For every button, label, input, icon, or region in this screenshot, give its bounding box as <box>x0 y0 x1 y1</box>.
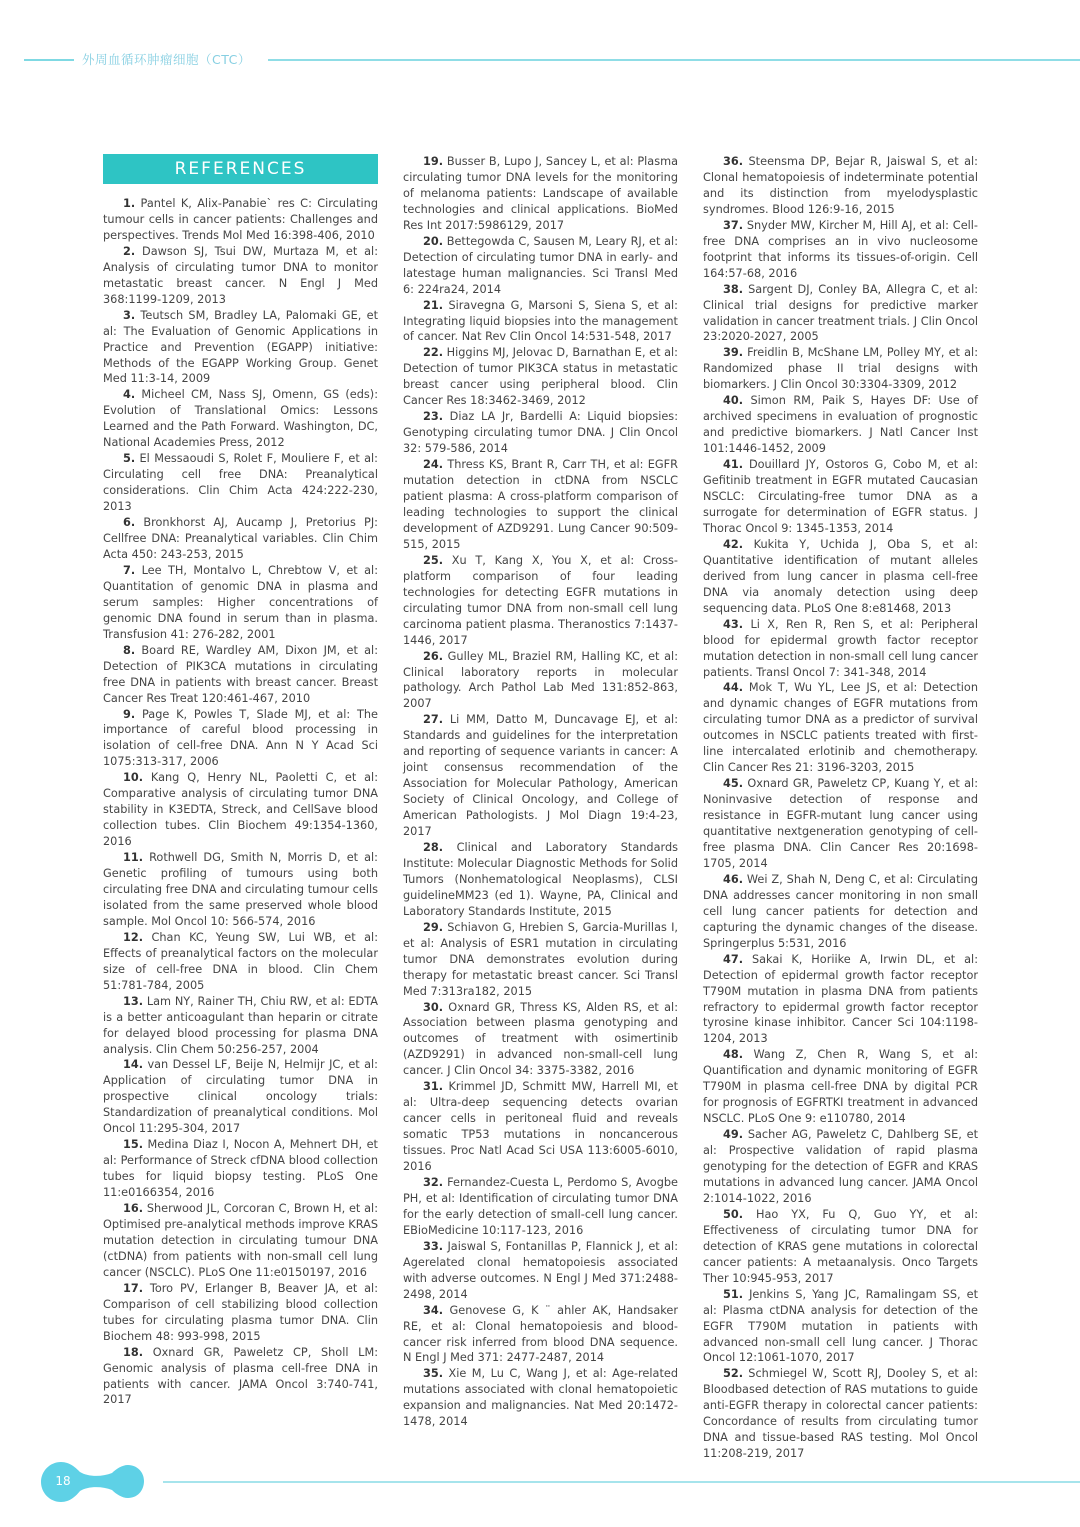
reference-item: 29. Schiavon G, Hrebien S, Garcia-Murill… <box>403 920 678 1000</box>
reference-text: Medina Diaz I, Nocon A, Mehnert DH, et a… <box>103 1138 378 1199</box>
reference-text: Rothwell DG, Smith N, Morris D, et al: G… <box>103 851 378 928</box>
reference-item: 46. Wei Z, Shah N, Deng C, et al: Circul… <box>703 872 978 952</box>
reference-number: 37. <box>723 219 743 232</box>
reference-text: Bettegowda C, Sausen M, Leary RJ, et al:… <box>403 235 678 296</box>
reference-text: Steensma DP, Bejar R, Jaiswal S, et al: … <box>703 155 978 216</box>
reference-item: 28. Clinical and Laboratory Standards In… <box>403 840 678 920</box>
reference-item: 51. Jenkins S, Yang JC, Ramalingam SS, e… <box>703 1287 978 1367</box>
reference-number: 35. <box>423 1367 443 1380</box>
reference-number: 10. <box>123 771 143 784</box>
reference-number: 19. <box>423 155 443 168</box>
reference-number: 52. <box>723 1367 743 1380</box>
reference-item: 2. Dawson SJ, Tsui DW, Murtaza M, et al:… <box>103 244 378 308</box>
reference-number: 34. <box>423 1304 443 1317</box>
reference-text: Kukita Y, Uchida J, Oba S, et al: Quanti… <box>703 538 978 615</box>
reference-number: 43. <box>723 618 743 631</box>
reference-item: 9. Page K, Powles T, Slade MJ, et al: Th… <box>103 707 378 771</box>
reference-item: 15. Medina Diaz I, Nocon A, Mehnert DH, … <box>103 1137 378 1201</box>
reference-item: 8. Board RE, Wardley AM, Dixon JM, et al… <box>103 643 378 707</box>
page-footer: 18 <box>0 1462 1080 1502</box>
reference-text: Simon RM, Paik S, Hayes DF: Use of archi… <box>703 394 978 455</box>
reference-item: 13. Lam NY, Rainer TH, Chiu RW, et al: E… <box>103 994 378 1058</box>
reference-text: Kang Q, Henry NL, Paoletti C, et al: Com… <box>103 771 378 848</box>
reference-item: 43. Li X, Ren R, Ren S, et al: Periphera… <box>703 617 978 681</box>
reference-number: 4. <box>123 388 135 401</box>
column-1: REFERENCES 1. Pantel K, Alix-Panabie` re… <box>103 154 378 1408</box>
reference-item: 27. Li MM, Datto M, Duncavage EJ, et al:… <box>403 712 678 840</box>
reference-text: Wei Z, Shah N, Deng C, et al: Circulatin… <box>703 873 978 950</box>
reference-text: Genovese G, K ¨ ahler AK, Handsaker RE, … <box>403 1304 678 1365</box>
reference-number: 1. <box>123 197 135 210</box>
reference-text: Sacher AG, Paweletz C, Dahlberg SE, et a… <box>703 1128 978 1205</box>
reference-item: 40. Simon RM, Paik S, Hayes DF: Use of a… <box>703 393 978 457</box>
reference-item: 22. Higgins MJ, Jelovac D, Barnathan E, … <box>403 345 678 409</box>
reference-number: 12. <box>123 931 143 944</box>
reference-text: Snyder MW, Kircher M, Hill AJ, et al: Ce… <box>703 219 978 280</box>
reference-item: 23. Diaz LA Jr, Bardelli A: Liquid biops… <box>403 409 678 457</box>
reference-number: 25. <box>423 554 443 567</box>
reference-text: Pantel K, Alix-Panabie` res C: Circulati… <box>103 197 378 242</box>
reference-text: van Dessel LF, Beije N, Helmijr JC, et a… <box>103 1058 378 1135</box>
reference-item: 1. Pantel K, Alix-Panabie` res C: Circul… <box>103 196 378 244</box>
reference-number: 6. <box>123 516 135 529</box>
reference-text: Thress KS, Brant R, Carr TH, et al: EGFR… <box>403 458 678 551</box>
reference-number: 3. <box>123 309 135 322</box>
reference-text: Dawson SJ, Tsui DW, Murtaza M, et al: An… <box>103 245 378 306</box>
reference-text: Siravegna G, Marsoni S, Siena S, et al: … <box>403 299 678 344</box>
reference-item: 50. Hao YX, Fu Q, Guo YY, et al: Effecti… <box>703 1207 978 1287</box>
reference-text: Board RE, Wardley AM, Dixon JM, et al: D… <box>103 644 378 705</box>
reference-number: 20. <box>423 235 443 248</box>
reference-text: Bronkhorst AJ, Aucamp J, Pretorius PJ: C… <box>103 516 378 561</box>
reference-number: 16. <box>123 1202 143 1215</box>
reference-number: 13. <box>123 995 143 1008</box>
reference-text: Busser B, Lupo J, Sancey L, et al: Plasm… <box>403 155 678 232</box>
reference-item: 38. Sargent DJ, Conley BA, Allegra C, et… <box>703 282 978 346</box>
reference-number: 47. <box>723 953 743 966</box>
reference-item: 21. Siravegna G, Marsoni S, Siena S, et … <box>403 298 678 346</box>
reference-item: 52. Schmiegel W, Scott RJ, Dooley S, et … <box>703 1366 978 1462</box>
reference-item: 26. Gulley ML, Braziel RM, Halling KC, e… <box>403 649 678 713</box>
reference-number: 9. <box>123 708 135 721</box>
reference-item: 36. Steensma DP, Bejar R, Jaiswal S, et … <box>703 154 978 218</box>
reference-item: 19. Busser B, Lupo J, Sancey L, et al: P… <box>403 154 678 234</box>
reference-text: Gulley ML, Braziel RM, Halling KC, et al… <box>403 650 678 711</box>
reference-text: Hao YX, Fu Q, Guo YY, et al: Effectivene… <box>703 1208 978 1285</box>
reference-item: 16. Sherwood JL, Corcoran C, Brown H, et… <box>103 1201 378 1281</box>
reference-number: 41. <box>723 458 743 471</box>
reference-number: 14. <box>123 1058 143 1071</box>
reference-number: 26. <box>423 650 443 663</box>
reference-number: 11. <box>123 851 143 864</box>
reference-text: Clinical and Laboratory Standards Instit… <box>403 841 678 918</box>
reference-item: 20. Bettegowda C, Sausen M, Leary RJ, et… <box>403 234 678 298</box>
reference-text: Teutsch SM, Bradley LA, Palomaki GE, et … <box>103 309 378 386</box>
reference-number: 38. <box>723 283 743 296</box>
reference-text: Sherwood JL, Corcoran C, Brown H, et al:… <box>103 1202 378 1279</box>
reference-text: Oxnard GR, Paweletz CP, Sholl LM: Genomi… <box>103 1346 378 1407</box>
reference-item: 33. Jaiswal S, Fontanillas P, Flannick J… <box>403 1239 678 1303</box>
reference-item: 47. Sakai K, Horiike A, Irwin DL, et al:… <box>703 952 978 1048</box>
reference-item: 49. Sacher AG, Paweletz C, Dahlberg SE, … <box>703 1127 978 1207</box>
reference-item: 4. Micheel CM, Nass SJ, Omenn, GS (eds):… <box>103 387 378 451</box>
reference-text: Lam NY, Rainer TH, Chiu RW, et al: EDTA … <box>103 995 378 1056</box>
reference-number: 50. <box>723 1208 743 1221</box>
reference-item: 30. Oxnard GR, Thress KS, Alden RS, et a… <box>403 1000 678 1080</box>
reference-text: Freidlin B, McShane LM, Polley MY, et al… <box>703 346 978 391</box>
reference-item: 41. Douillard JY, Ostoros G, Cobo M, et … <box>703 457 978 537</box>
reference-number: 7. <box>123 564 135 577</box>
reference-item: 11. Rothwell DG, Smith N, Morris D, et a… <box>103 850 378 930</box>
reference-item: 45. Oxnard GR, Paweletz CP, Kuang Y, et … <box>703 776 978 872</box>
reference-item: 17. Toro PV, Erlanger B, Beaver JA, et a… <box>103 1281 378 1345</box>
reference-text: Wang Z, Chen R, Wang S, et al: Quantific… <box>703 1048 978 1125</box>
reference-number: 21. <box>423 299 443 312</box>
reference-item: 24. Thress KS, Brant R, Carr TH, et al: … <box>403 457 678 553</box>
reference-item: 7. Lee TH, Montalvo L, Chrebtow V, et al… <box>103 563 378 643</box>
column-2: 19. Busser B, Lupo J, Sancey L, et al: P… <box>403 154 678 1430</box>
reference-item: 5. El Messaoudi S, Rolet F, Mouliere F, … <box>103 451 378 515</box>
header-rule-right <box>268 59 1080 61</box>
reference-text: Oxnard GR, Thress KS, Alden RS, et al: A… <box>403 1001 678 1078</box>
column-3: 36. Steensma DP, Bejar R, Jaiswal S, et … <box>703 154 978 1462</box>
reference-text: Sakai K, Horiike A, Irwin DL, et al: Det… <box>703 953 978 1046</box>
reference-number: 27. <box>423 713 443 726</box>
reference-number: 48. <box>723 1048 743 1061</box>
reference-text: Mok T, Wu YL, Lee JS, et al: Detection a… <box>703 681 978 774</box>
reference-number: 29. <box>423 921 443 934</box>
reference-item: 10. Kang Q, Henry NL, Paoletti C, et al:… <box>103 770 378 850</box>
reference-number: 49. <box>723 1128 743 1141</box>
page-number: 18 <box>42 1474 84 1488</box>
reference-text: Schmiegel W, Scott RJ, Dooley S, et al: … <box>703 1367 978 1460</box>
reference-number: 17. <box>123 1282 143 1295</box>
reference-item: 34. Genovese G, K ¨ ahler AK, Handsaker … <box>403 1303 678 1367</box>
reference-text: Chan KC, Yeung SW, Lui WB, et al: Effect… <box>103 931 378 992</box>
reference-number: 5. <box>123 452 135 465</box>
reference-text: Xu T, Kang X, You X, et al: Cross-platfo… <box>403 554 678 647</box>
reference-text: Jaiswal S, Fontanillas P, Flannick J, et… <box>403 1240 678 1301</box>
reference-item: 44. Mok T, Wu YL, Lee JS, et al: Detecti… <box>703 680 978 776</box>
reference-item: 18. Oxnard GR, Paweletz CP, Sholl LM: Ge… <box>103 1345 378 1409</box>
reference-text: Li MM, Datto M, Duncavage EJ, et al: Sta… <box>403 713 678 838</box>
reference-number: 33. <box>423 1240 443 1253</box>
reference-item: 31. Krimmel JD, Schmitt MW, Harrell MI, … <box>403 1079 678 1175</box>
reference-number: 28. <box>423 841 443 854</box>
header-rule-left <box>24 59 74 61</box>
reference-number: 22. <box>423 346 443 359</box>
reference-item: 25. Xu T, Kang X, You X, et al: Cross-pl… <box>403 553 678 649</box>
reference-text: Page K, Powles T, Slade MJ, et al: The i… <box>103 708 378 769</box>
reference-item: 6. Bronkhorst AJ, Aucamp J, Pretorius PJ… <box>103 515 378 563</box>
reference-item: 39. Freidlin B, McShane LM, Polley MY, e… <box>703 345 978 393</box>
references-heading: REFERENCES <box>103 154 378 184</box>
reference-text: Fernandez-Cuesta L, Perdomo S, Avogbe PH… <box>403 1176 678 1237</box>
reference-text: Schiavon G, Hrebien S, Garcia-Murillas I… <box>403 921 678 998</box>
reference-item: 3. Teutsch SM, Bradley LA, Palomaki GE, … <box>103 308 378 388</box>
reference-text: Diaz LA Jr, Bardelli A: Liquid biopsies:… <box>403 410 678 455</box>
reference-text: Oxnard GR, Paweletz CP, Kuang Y, et al: … <box>703 777 978 870</box>
reference-number: 23. <box>423 410 443 423</box>
reference-number: 42. <box>723 538 743 551</box>
reference-text: El Messaoudi S, Rolet F, Mouliere F, et … <box>103 452 378 513</box>
reference-text: Toro PV, Erlanger B, Beaver JA, et al: C… <box>103 1282 378 1343</box>
reference-number: 45. <box>723 777 743 790</box>
footer-rule <box>163 1481 1080 1483</box>
running-title: 外周血循环肿瘤细胞（CTC） <box>82 50 251 68</box>
reference-item: 37. Snyder MW, Kircher M, Hill AJ, et al… <box>703 218 978 282</box>
reference-item: 42. Kukita Y, Uchida J, Oba S, et al: Qu… <box>703 537 978 617</box>
reference-number: 51. <box>723 1288 743 1301</box>
reference-number: 18. <box>123 1346 143 1359</box>
reference-number: 24. <box>423 458 443 471</box>
reference-item: 48. Wang Z, Chen R, Wang S, et al: Quant… <box>703 1047 978 1127</box>
reference-text: Sargent DJ, Conley BA, Allegra C, et al:… <box>703 283 978 344</box>
reference-item: 35. Xie M, Lu C, Wang J, et al: Age-rela… <box>403 1366 678 1430</box>
reference-item: 32. Fernandez-Cuesta L, Perdomo S, Avogb… <box>403 1175 678 1239</box>
reference-item: 12. Chan KC, Yeung SW, Lui WB, et al: Ef… <box>103 930 378 994</box>
reference-text: Higgins MJ, Jelovac D, Barnathan E, et a… <box>403 346 678 407</box>
reference-number: 2. <box>123 245 135 258</box>
reference-text: Krimmel JD, Schmitt MW, Harrell MI, et a… <box>403 1080 678 1173</box>
reference-number: 39. <box>723 346 743 359</box>
reference-number: 44. <box>723 681 743 694</box>
reference-text: Jenkins S, Yang JC, Ramalingam SS, et al… <box>703 1288 978 1365</box>
reference-number: 46. <box>723 873 743 886</box>
reference-number: 36. <box>723 155 743 168</box>
reference-text: Micheel CM, Nass SJ, Omenn, GS (eds): Ev… <box>103 388 378 449</box>
reference-number: 31. <box>423 1080 443 1093</box>
reference-text: Douillard JY, Ostoros G, Cobo M, et al: … <box>703 458 978 535</box>
reference-number: 8. <box>123 644 135 657</box>
reference-text: Lee TH, Montalvo L, Chrebtow V, et al: Q… <box>103 564 378 641</box>
reference-number: 40. <box>723 394 743 407</box>
reference-number: 32. <box>423 1176 443 1189</box>
page-header: 外周血循环肿瘤细胞（CTC） <box>0 48 1080 72</box>
reference-text: Li X, Ren R, Ren S, et al: Peripheral bl… <box>703 618 978 679</box>
reference-number: 15. <box>123 1138 143 1151</box>
reference-item: 14. van Dessel LF, Beije N, Helmijr JC, … <box>103 1057 378 1137</box>
reference-number: 30. <box>423 1001 443 1014</box>
reference-text: Xie M, Lu C, Wang J, et al: Age-related … <box>403 1367 678 1428</box>
